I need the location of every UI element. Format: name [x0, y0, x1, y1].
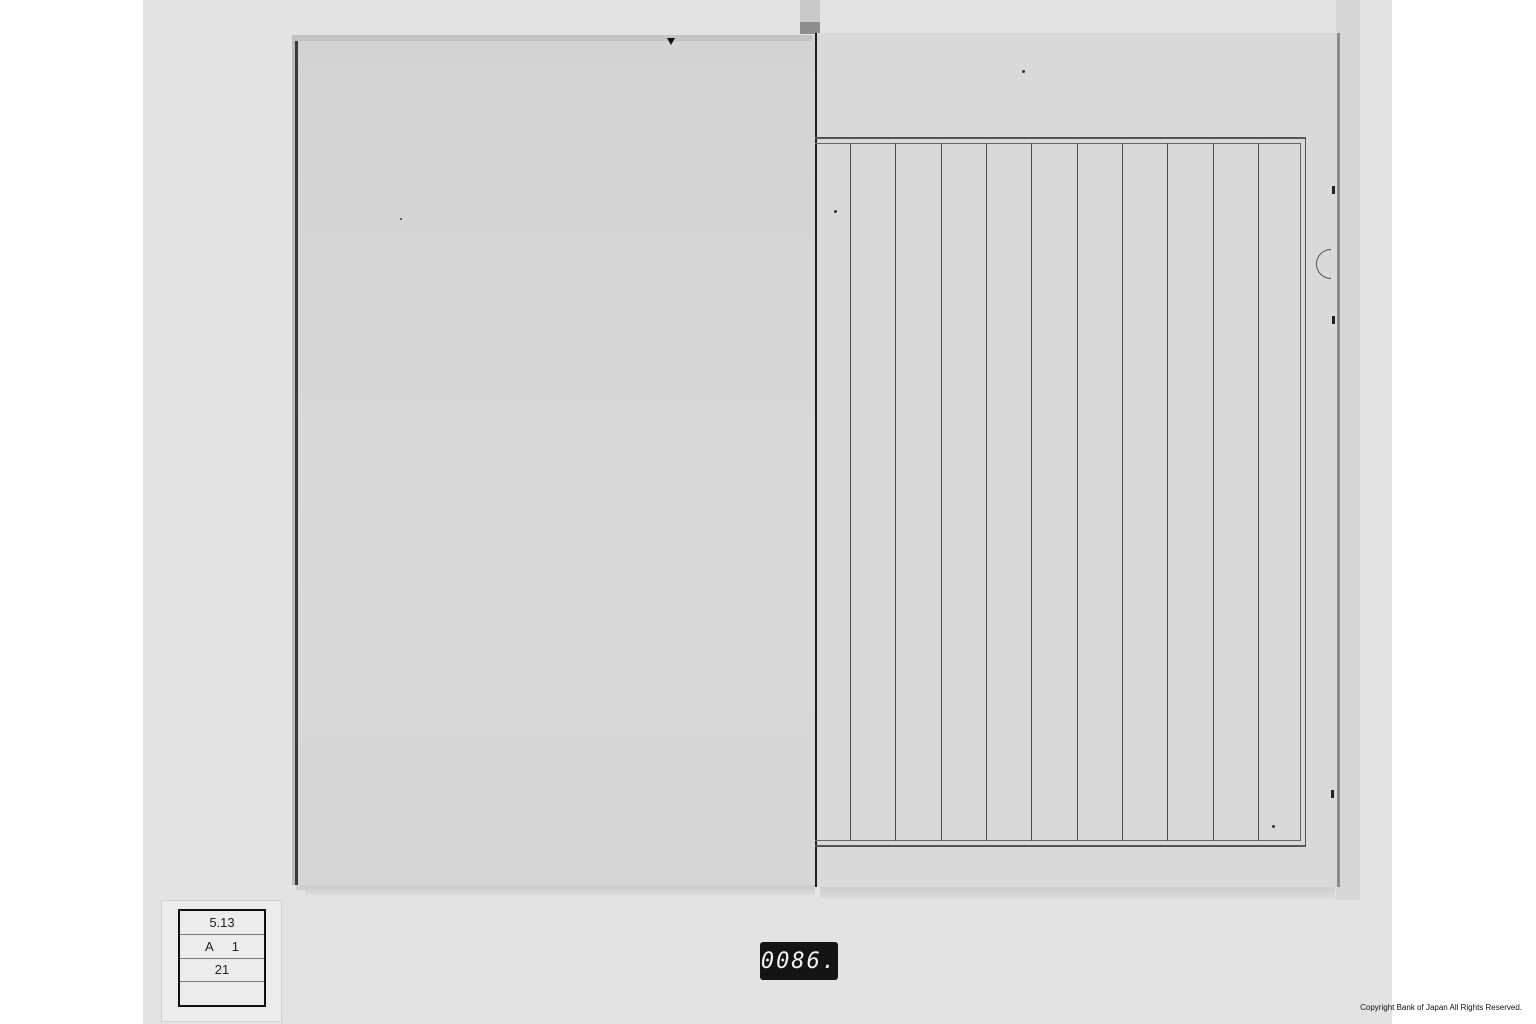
column-rule	[1213, 143, 1214, 841]
catalog-label: 5.13 A 1 21	[161, 900, 282, 1022]
binding-mark	[1331, 790, 1334, 798]
binding-mark	[1332, 316, 1335, 324]
catalog-label-row: 5.13	[180, 911, 264, 935]
frame-counter: 0086.	[760, 942, 838, 980]
catalog-volume: 1	[232, 939, 239, 954]
ruled-column-frame	[815, 137, 1306, 847]
copyright-notice: Copyright Bank of Japan All Rights Reser…	[1360, 1003, 1522, 1012]
left-page	[295, 35, 815, 885]
binding-mark	[1332, 186, 1335, 194]
catalog-item-number: 21	[215, 962, 229, 977]
paper-speck	[1022, 70, 1025, 73]
column-rule	[1258, 143, 1259, 841]
paper-speck	[400, 218, 402, 220]
column-rule	[1167, 143, 1168, 841]
catalog-code: 5.13	[209, 915, 234, 930]
frame-number: 0086.	[761, 949, 837, 974]
ruled-frame-inner-border	[815, 143, 1301, 841]
catalog-label-table: 5.13 A 1 21	[178, 909, 266, 1007]
column-rule	[941, 143, 942, 841]
column-rule	[1077, 143, 1078, 841]
column-rule	[1031, 143, 1032, 841]
right-page-edge-shadow	[820, 887, 1335, 899]
paper-speck	[834, 210, 837, 213]
column-rule	[850, 143, 851, 841]
catalog-label-row	[180, 982, 264, 1005]
column-rule	[1122, 143, 1123, 841]
corner-mark	[667, 38, 675, 45]
column-rule	[895, 143, 896, 841]
left-page-edge-shadow	[305, 885, 815, 895]
catalog-series: A	[205, 939, 214, 954]
paper-speck	[1272, 825, 1275, 828]
catalog-label-row: 21	[180, 959, 264, 983]
catalog-label-row: A 1	[180, 935, 264, 959]
column-rule	[986, 143, 987, 841]
